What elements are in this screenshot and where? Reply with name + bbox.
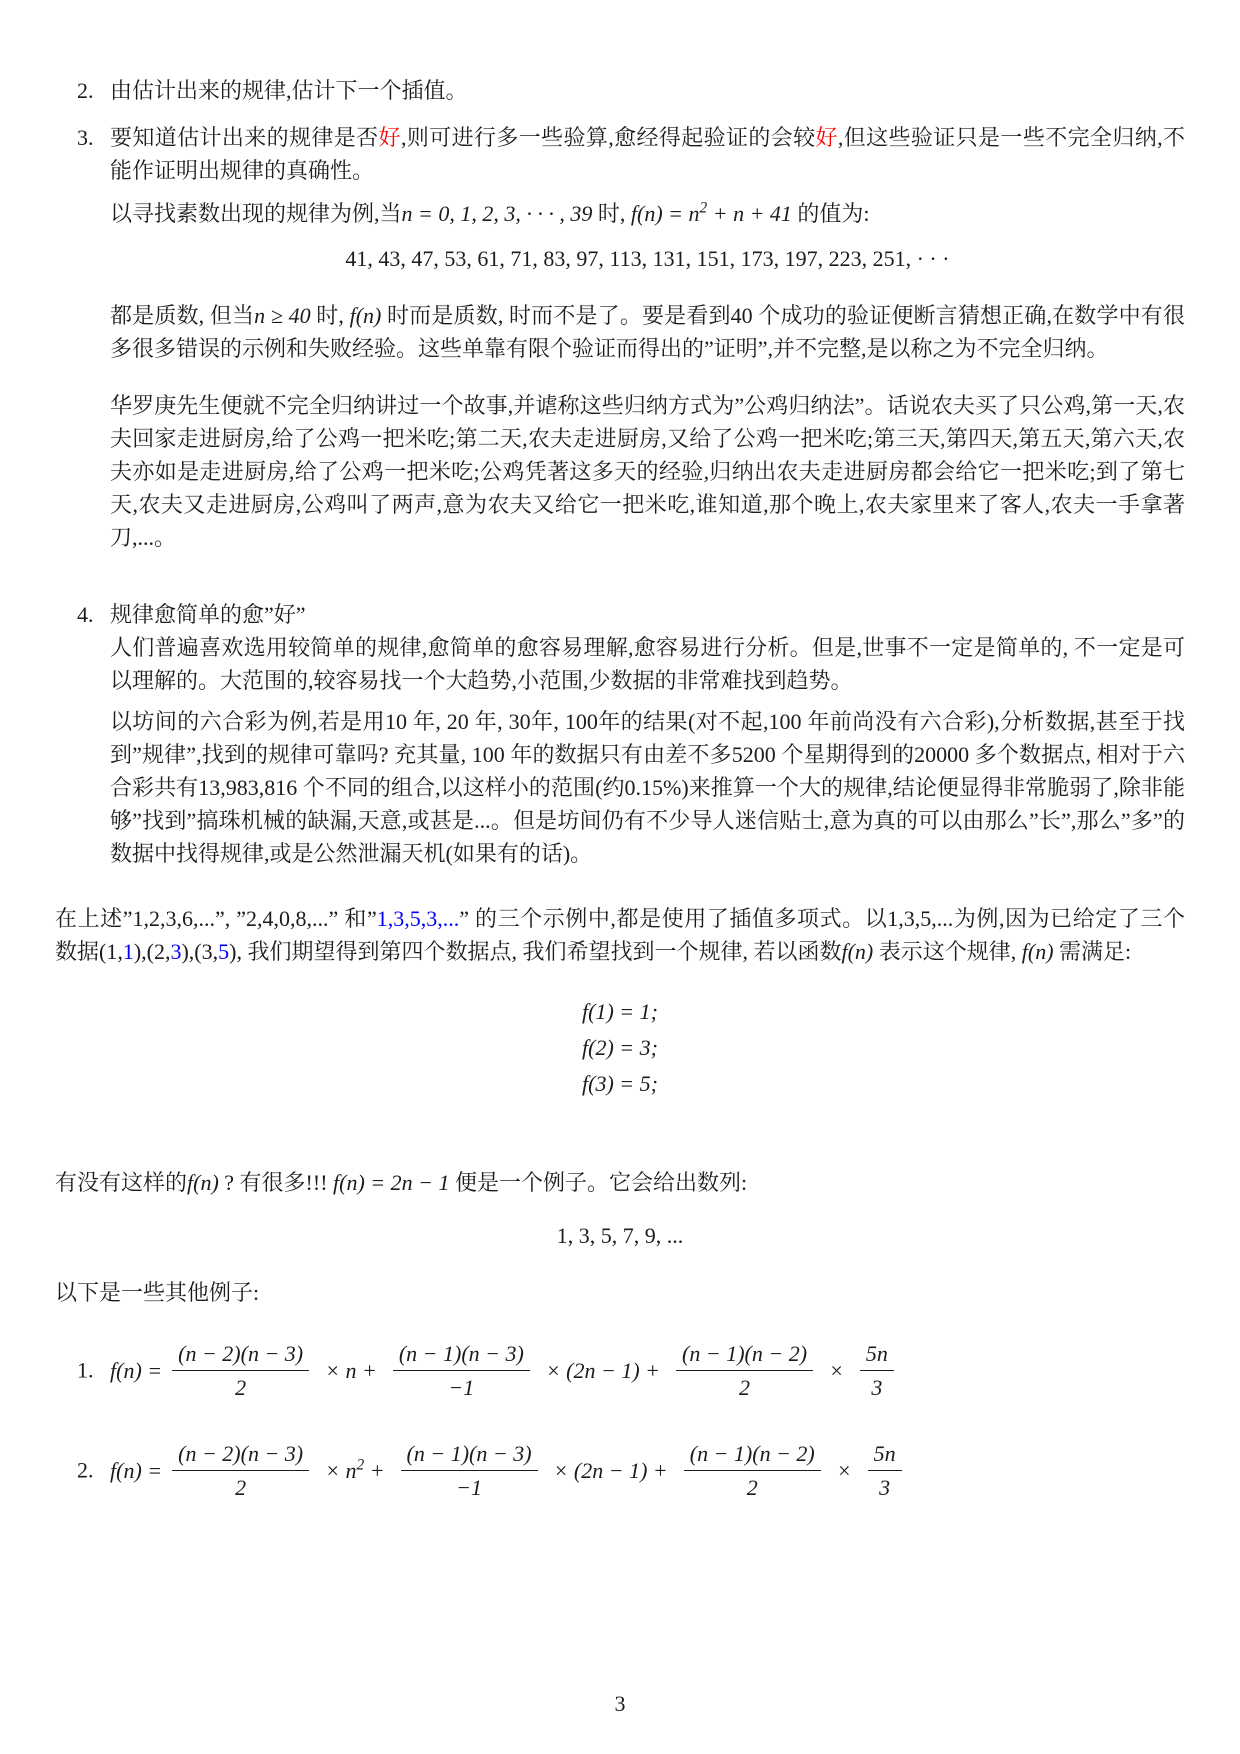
text-segment: 时, <box>311 303 350 328</box>
examples-intro: 以下是一些其他例子: <box>55 1276 1185 1309</box>
item4-body: 规律愈简单的愈”好” 人们普遍喜欢选用较简单的规律,愈简单的愈容易理解,愈容易进… <box>110 598 1185 870</box>
text-segment: 都是质数, 但当 <box>110 303 254 328</box>
red-highlight: 好 <box>816 125 838 150</box>
text-segment: ),(2, <box>134 939 171 964</box>
formula1-number: 1. <box>77 1354 94 1387</box>
inline-math: n = 0, 1, 2, 3, · · · , 39 <box>402 201 593 226</box>
formula-operator: × (2n − 1) + <box>554 1454 668 1487</box>
list-item-3: 3. 要知道估计出来的规律是否好,则可进行多一些验算,愈经得起验证的会较好,但这… <box>55 121 1185 554</box>
blue-highlight: 3 <box>170 939 181 964</box>
formula-operator: × <box>829 1354 844 1387</box>
blue-highlight: 1 <box>123 939 134 964</box>
item3-para1: 要知道估计出来的规律是否好,则可进行多一些验算,愈经得起验证的会较好,但这些验证… <box>110 121 1185 187</box>
fraction-numerator: (n − 2)(n − 3) <box>172 1440 309 1471</box>
fraction-numerator: 5n <box>860 1340 894 1371</box>
inline-math: f(n) <box>350 303 382 328</box>
fraction-numerator: 5n <box>868 1440 902 1471</box>
text-segment: ), 我们期望得到第四个数据点, 我们希望找到一个规律, 若以函数 <box>229 939 841 964</box>
item4-title: 规律愈简单的愈”好” <box>110 598 1185 631</box>
fraction: (n − 1)(n − 2)2 <box>684 1440 821 1501</box>
formula-operator: × <box>837 1454 852 1487</box>
item4-para2-lottery: 以坊间的六合彩为例,若是用10 年, 20 年, 30年, 100年的结果(对不… <box>110 705 1185 870</box>
equation-line: f(1) = 1; <box>55 994 1185 1030</box>
fraction-numerator: (n − 1)(n − 3) <box>401 1440 538 1471</box>
item3-number: 3. <box>77 121 94 154</box>
list-item-2: 2. 由估计出来的规律,估计下一个插值。 <box>55 74 1185 107</box>
prime-sequence-display: 41, 43, 47, 53, 61, 71, 83, 97, 113, 131… <box>110 242 1185 275</box>
fraction: (n − 1)(n − 2)2 <box>676 1340 813 1401</box>
fraction: (n − 2)(n − 3)2 <box>172 1340 309 1401</box>
fraction: (n − 1)(n − 3)−1 <box>393 1340 530 1401</box>
constraints-equation-block: f(1) = 1; f(2) = 3; f(3) = 5; <box>55 994 1185 1102</box>
item3-para2: 以寻找素数出现的规律为例,当n = 0, 1, 2, 3, · · · , 39… <box>110 197 1185 230</box>
inline-math: f(n) <box>187 1170 219 1195</box>
item3-para4-rooster-story: 华罗庚先生便就不完全归纳讲过一个故事,并谑称这些归纳方式为”公鸡归纳法”。话说农… <box>110 389 1185 554</box>
page-number: 3 <box>55 1687 1185 1720</box>
summary-paragraph: 在上述”1,2,3,6,...”, ”2,4,0,8,...” 和”1,3,5,… <box>55 902 1185 968</box>
operator-text: × n <box>325 1458 356 1483</box>
item3-para3: 都是质数, 但当n ≥ 40 时, f(n) 时而是质数, 时而不是了。要是看到… <box>110 299 1185 365</box>
item4-number: 4. <box>77 598 94 631</box>
question-paragraph: 有没有这样的f(n) ? 有很多!!! f(n) = 2n − 1 便是一个例子… <box>55 1166 1185 1199</box>
text-segment: 表示这个规律, <box>873 939 1022 964</box>
blue-highlight: 1,3,5,3,... <box>377 906 460 931</box>
example-formula-2: 2. f(n) = (n − 2)(n − 3)2 × n2 + (n − 1)… <box>55 1435 1185 1505</box>
fraction: (n − 1)(n − 3)−1 <box>401 1440 538 1501</box>
inline-math: f(n) = n <box>631 201 700 226</box>
formula1-lhs: f(n) = <box>110 1354 162 1387</box>
text-segment: 便是一个例子。它会给出数列: <box>450 1170 748 1195</box>
formula2-lhs: f(n) = <box>110 1454 162 1487</box>
fraction-denominator: 2 <box>172 1471 309 1501</box>
formula-operator: × n + <box>325 1354 377 1387</box>
text-segment: ,则可进行多一些验算,愈经得起验证的会较 <box>401 125 816 150</box>
text-segment: 有没有这样的 <box>55 1170 187 1195</box>
formula2-number: 2. <box>77 1454 94 1487</box>
equation-line: f(2) = 3; <box>55 1030 1185 1066</box>
fraction-denominator: 2 <box>684 1471 821 1501</box>
fraction-denominator: 3 <box>860 1371 894 1401</box>
formula-operator: × (2n − 1) + <box>546 1354 660 1387</box>
fraction-numerator: (n − 2)(n − 3) <box>172 1340 309 1371</box>
fraction-denominator: 2 <box>676 1371 813 1401</box>
fraction-denominator: 2 <box>172 1371 309 1401</box>
text-segment: 在上述”1,2,3,6,...”, ”2,4,0,8,...” 和” <box>55 906 377 931</box>
document-page: 2. 由估计出来的规律,估计下一个插值。 3. 要知道估计出来的规律是否好,则可… <box>0 0 1240 1754</box>
fraction-numerator: (n − 1)(n − 3) <box>393 1340 530 1371</box>
odd-sequence-display: 1, 3, 5, 7, 9, ... <box>55 1219 1185 1252</box>
text-segment: ? 有很多!!! <box>219 1170 333 1195</box>
text-segment: 要知道估计出来的规律是否 <box>110 125 379 150</box>
fraction-denominator: −1 <box>401 1471 538 1501</box>
fraction: (n − 2)(n − 3)2 <box>172 1440 309 1501</box>
operator-text: + <box>364 1458 384 1483</box>
inline-math: f(n) <box>841 939 873 964</box>
text-segment: 需满足: <box>1054 939 1132 964</box>
fraction-numerator: (n − 1)(n − 2) <box>684 1440 821 1471</box>
equation-line: f(3) = 5; <box>55 1066 1185 1102</box>
fraction: 5n3 <box>860 1340 894 1401</box>
text-segment: 以寻找素数出现的规律为例,当 <box>110 201 402 226</box>
inline-math: f(n) <box>1022 939 1054 964</box>
text-segment: 的值为: <box>792 201 870 226</box>
item2-text: 由估计出来的规律,估计下一个插值。 <box>110 74 1185 107</box>
list-item-4: 4. 规律愈简单的愈”好” 人们普遍喜欢选用较简单的规律,愈简单的愈容易理解,愈… <box>55 598 1185 870</box>
formula-operator: × n2 + <box>325 1454 384 1487</box>
example-formula-1: 1. f(n) = (n − 2)(n − 3)2 × n + (n − 1)(… <box>55 1335 1185 1405</box>
text-segment: 时, <box>592 201 631 226</box>
inline-math: f(n) = 2n − 1 <box>333 1170 449 1195</box>
item3-body: 要知道估计出来的规律是否好,则可进行多一些验算,愈经得起验证的会较好,但这些验证… <box>110 121 1185 554</box>
fraction-denominator: 3 <box>868 1471 902 1501</box>
fraction: 5n3 <box>868 1440 902 1501</box>
item2-number: 2. <box>77 74 94 107</box>
fraction-denominator: −1 <box>393 1371 530 1401</box>
item4-para1: 人们普遍喜欢选用较简单的规律,愈简单的愈容易理解,愈容易进行分析。但是,世事不一… <box>110 631 1185 697</box>
inline-math: n ≥ 40 <box>254 303 310 328</box>
text-segment: ),(3, <box>181 939 218 964</box>
red-highlight: 好 <box>379 125 401 150</box>
fraction-numerator: (n − 1)(n − 2) <box>676 1340 813 1371</box>
inline-math: + n + 41 <box>707 201 792 226</box>
blue-highlight: 5 <box>218 939 229 964</box>
